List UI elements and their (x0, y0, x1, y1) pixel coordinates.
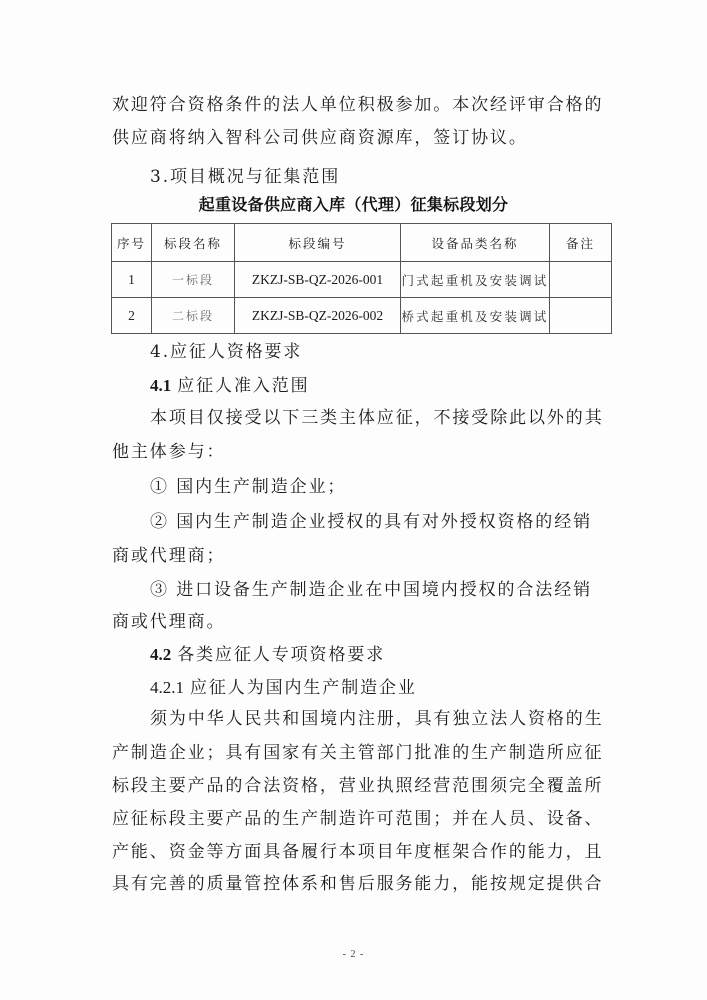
cell-remark (550, 298, 612, 334)
header-section-code: 标段编号 (235, 224, 401, 262)
cell-section-code: ZKZJ-SB-QZ-2026-002 (235, 298, 401, 334)
list-item-2-line-1: ② 国内生产制造企业授权的具有对外授权资格的经销 (150, 506, 612, 539)
section-4-1-intro-line-1: 本项目仅接受以下三类主体应征，不接受除此以外的其 (150, 402, 612, 435)
list-item-3-line-2: 商或代理商。 (112, 606, 612, 639)
section-4-1-title: 应征人准入范围 (177, 376, 309, 396)
list-item-3-line-1: ③ 进口设备生产制造企业在中国境内授权的合法经销 (150, 574, 612, 607)
paragraph-line-5: 产能、资金等方面具备履行本项目年度框架合作的能力，且 (112, 836, 612, 869)
paragraph-line-2: 产制造企业；具有国家有关主管部门批准的生产制造所应征 (112, 737, 612, 770)
header-remark: 备注 (550, 224, 612, 262)
table-header-row: 序号 标段名称 标段编号 设备品类名称 备注 (112, 224, 612, 262)
section-4-2-1-title: 应征人为国内生产制造企业 (190, 678, 417, 698)
cell-remark (550, 262, 612, 298)
cell-index: 1 (112, 262, 152, 298)
table-row: 1 一标段 ZKZJ-SB-QZ-2026-001 门式起重机及安装调试 (112, 262, 612, 298)
header-equipment-category: 设备品类名称 (401, 224, 550, 262)
table-row: 2 二标段 ZKZJ-SB-QZ-2026-002 桥式起重机及安装调试 (112, 298, 612, 334)
paragraph-line-3: 标段主要产品的合法资格，营业执照经营范围须完全覆盖所 (112, 770, 612, 803)
section-4-2-title: 各类应征人专项资格要求 (177, 645, 385, 665)
list-item-2-line-2: 商或代理商； (112, 540, 612, 573)
section-4-2-1-heading: 4.2.1应征人为国内生产制造企业 (150, 671, 612, 704)
header-index: 序号 (112, 224, 152, 262)
intro-line-2: 供应商将纳入智科公司供应商资源库，签订协议。 (112, 122, 612, 155)
list-item-1: ① 国内生产制造企业； (150, 471, 612, 504)
document-page: 欢迎符合资格条件的法人单位积极参加。本次经评审合格的 供应商将纳入智科公司供应商… (0, 0, 707, 1000)
section-4-1-heading: 4.1应征人准入范围 (150, 369, 612, 402)
sections-table: 序号 标段名称 标段编号 设备品类名称 备注 1 一标段 ZKZJ-SB-QZ-… (111, 223, 612, 334)
section-4-heading: 4.应征人资格要求 (150, 336, 612, 369)
page-number: - 2 - (0, 947, 707, 963)
header-section-name: 标段名称 (152, 224, 235, 262)
paragraph-line-1: 须为中华人民共和国境内注册，具有独立法人资格的生 (150, 703, 612, 736)
intro-line-1: 欢迎符合资格条件的法人单位积极参加。本次经评审合格的 (112, 89, 612, 122)
table-title: 起重设备供应商入库（代理）征集标段划分 (0, 190, 707, 220)
section-4-1-number: 4.1 (150, 376, 171, 395)
section-4-1-intro-line-2: 他主体参与： (112, 436, 612, 469)
section-4-2-1-number: 4.2.1 (150, 678, 184, 697)
cell-equipment-category: 桥式起重机及安装调试 (401, 298, 550, 334)
section-4-2-heading: 4.2各类应征人专项资格要求 (150, 638, 612, 671)
paragraph-line-4: 应征标段主要产品的生产制造许可范围；并在人员、设备、 (112, 803, 612, 836)
section-4-2-number: 4.2 (150, 645, 171, 664)
paragraph-line-6: 具有完善的质量管控体系和售后服务能力，能按规定提供合 (112, 868, 612, 901)
cell-section-name: 一标段 (152, 262, 235, 298)
cell-section-name: 二标段 (152, 298, 235, 334)
cell-index: 2 (112, 298, 152, 334)
cell-section-code: ZKZJ-SB-QZ-2026-001 (235, 262, 401, 298)
cell-equipment-category: 门式起重机及安装调试 (401, 262, 550, 298)
